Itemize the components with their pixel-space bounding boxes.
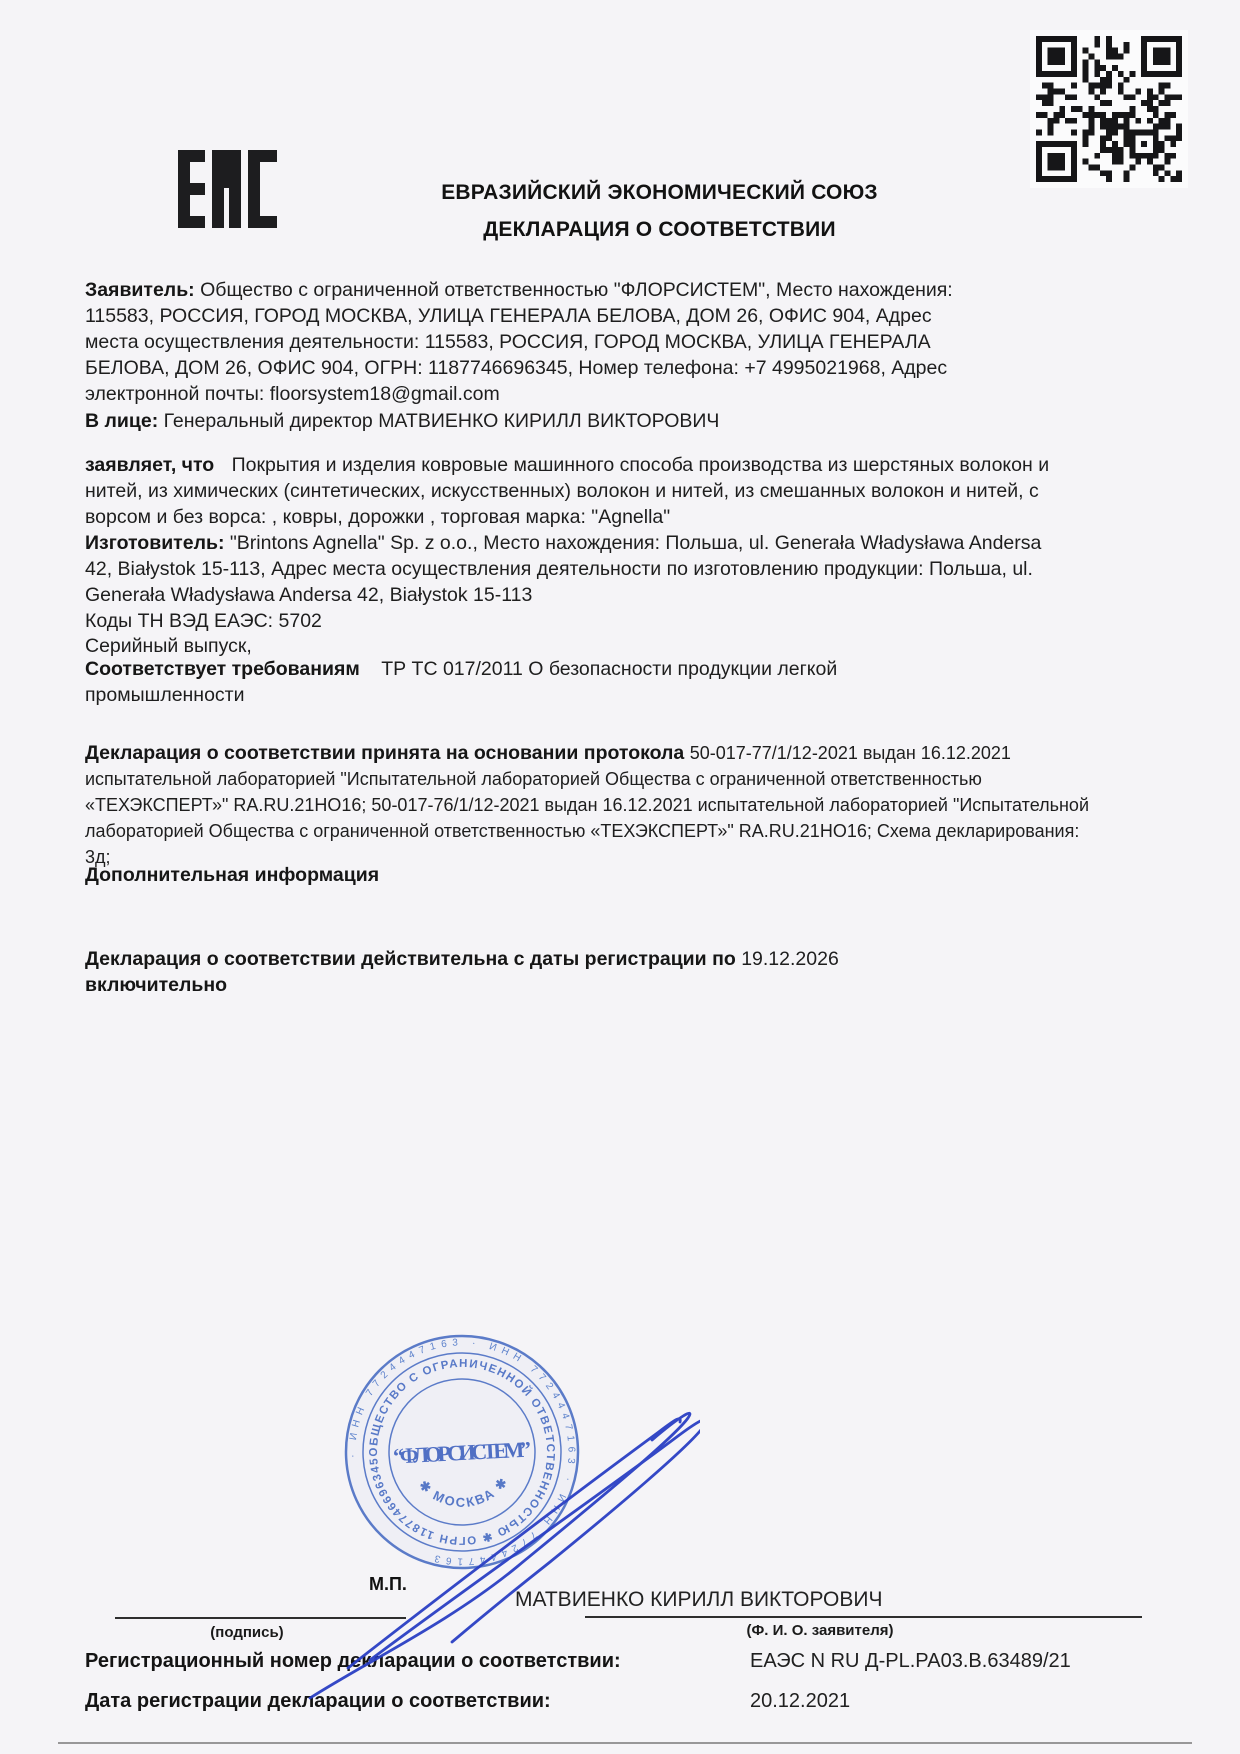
applicant-label: Заявитель: [85, 279, 195, 301]
applicant-paragraph: Заявитель: Общество с ограниченной ответ… [85, 277, 1175, 407]
in-person-text: Генеральный директор МАТВИЕНКО КИРИЛЛ ВИ… [164, 410, 720, 432]
validity-date: 19.12.2026 [741, 948, 839, 970]
applicant-text: Общество с ограниченной ответственностью… [200, 279, 953, 301]
applicant-line: места осуществления деятельности: 115583… [85, 329, 1175, 355]
compliance-paragraph: Соответствует требованиям ТР ТС 017/2011… [85, 656, 1175, 708]
validity-tail: включительно [85, 972, 1175, 998]
compliance-text: ТР ТС 017/2011 О безопасности продукции … [381, 658, 837, 680]
in-person-label: В лице: [85, 410, 158, 432]
manufacturer-label: Изготовитель: [85, 532, 224, 554]
union-title: ЕВРАЗИЙСКИЙ ЭКОНОМИЧЕСКИЙ СОЮЗ [82, 181, 1237, 205]
compliance-label: Соответствует требованиям [85, 658, 360, 680]
basis-protocol: 50-017-77/1/12-2021 выдан 16.12.2021 [690, 743, 1011, 763]
manufacturer-text: "Brintons Agnella" Sp. z o.o., Место нах… [230, 532, 1041, 554]
declares-line: нитей, из химических (синтетических, иск… [85, 478, 1175, 504]
manufacturer-line: Generała Władysława Andersa 42, Białysto… [85, 582, 1175, 608]
applicant-line: 115583, РОССИЯ, ГОРОД МОСКВА, УЛИЦА ГЕНЕ… [85, 303, 1175, 329]
basis-paragraph: Декларация о соответствии принята на осн… [85, 740, 1175, 870]
scan-edge-line [58, 1742, 1192, 1744]
compliance-line: промышленности [85, 682, 1175, 708]
registration-number-value: ЕАЭС N RU Д-PL.РА03.В.63489/21 [750, 1650, 1071, 1673]
basis-label: Декларация о соответствии принята на осн… [85, 742, 684, 764]
declares-paragraph: заявляет, что Покрытия и изделия ковровы… [85, 452, 1175, 530]
in-person-paragraph: В лице: Генеральный директор МАТВИЕНКО К… [85, 408, 1175, 434]
manufacturer-paragraph: Изготовитель: "Brintons Agnella" Sp. z o… [85, 530, 1175, 608]
basis-line: испытательной лабораторией "Испытательно… [85, 766, 1175, 792]
company-stamp: · ИНН 7724447163 · ИНН 7724447163 · ИНН … [220, 1330, 700, 1730]
declares-label: заявляет, что [85, 454, 214, 476]
declares-text: Покрытия и изделия ковровые машинного сп… [232, 454, 1050, 476]
applicant-line: электронной почты: floorsystem18@gmail.c… [85, 381, 1175, 407]
doc-title: ДЕКЛАРАЦИЯ О СООТВЕТСТВИИ [82, 218, 1237, 242]
declaration-document: ЕВРАЗИЙСКИЙ ЭКОНОМИЧЕСКИЙ СОЮЗ ДЕКЛАРАЦИ… [0, 0, 1240, 1754]
declares-line: ворсом и без ворса: , ковры, дорожки , т… [85, 504, 1175, 530]
validity-lead: Декларация о соответствии действительна … [85, 948, 736, 970]
validity-paragraph: Декларация о соответствии действительна … [85, 946, 1175, 998]
tnved-codes: Коды ТН ВЭД ЕАЭС: 5702 [85, 608, 1175, 634]
basis-line: «ТЕХЭКСПЕРТ»" RA.RU.21НО16; 50-017-76/1/… [85, 792, 1175, 818]
applicant-line: БЕЛОВА, ДОМ 26, ОФИС 904, ОГРН: 11877466… [85, 355, 1175, 381]
qr-code [1030, 30, 1188, 188]
additional-info-heading: Дополнительная информация [85, 862, 1175, 888]
basis-line: лабораторией Общества с ограниченной отв… [85, 818, 1175, 844]
seal-place-label: М.П. [369, 1574, 407, 1595]
manufacturer-line: 42, Białystok 15-113, Адрес места осущес… [85, 556, 1175, 582]
registration-date-value: 20.12.2021 [750, 1690, 850, 1713]
